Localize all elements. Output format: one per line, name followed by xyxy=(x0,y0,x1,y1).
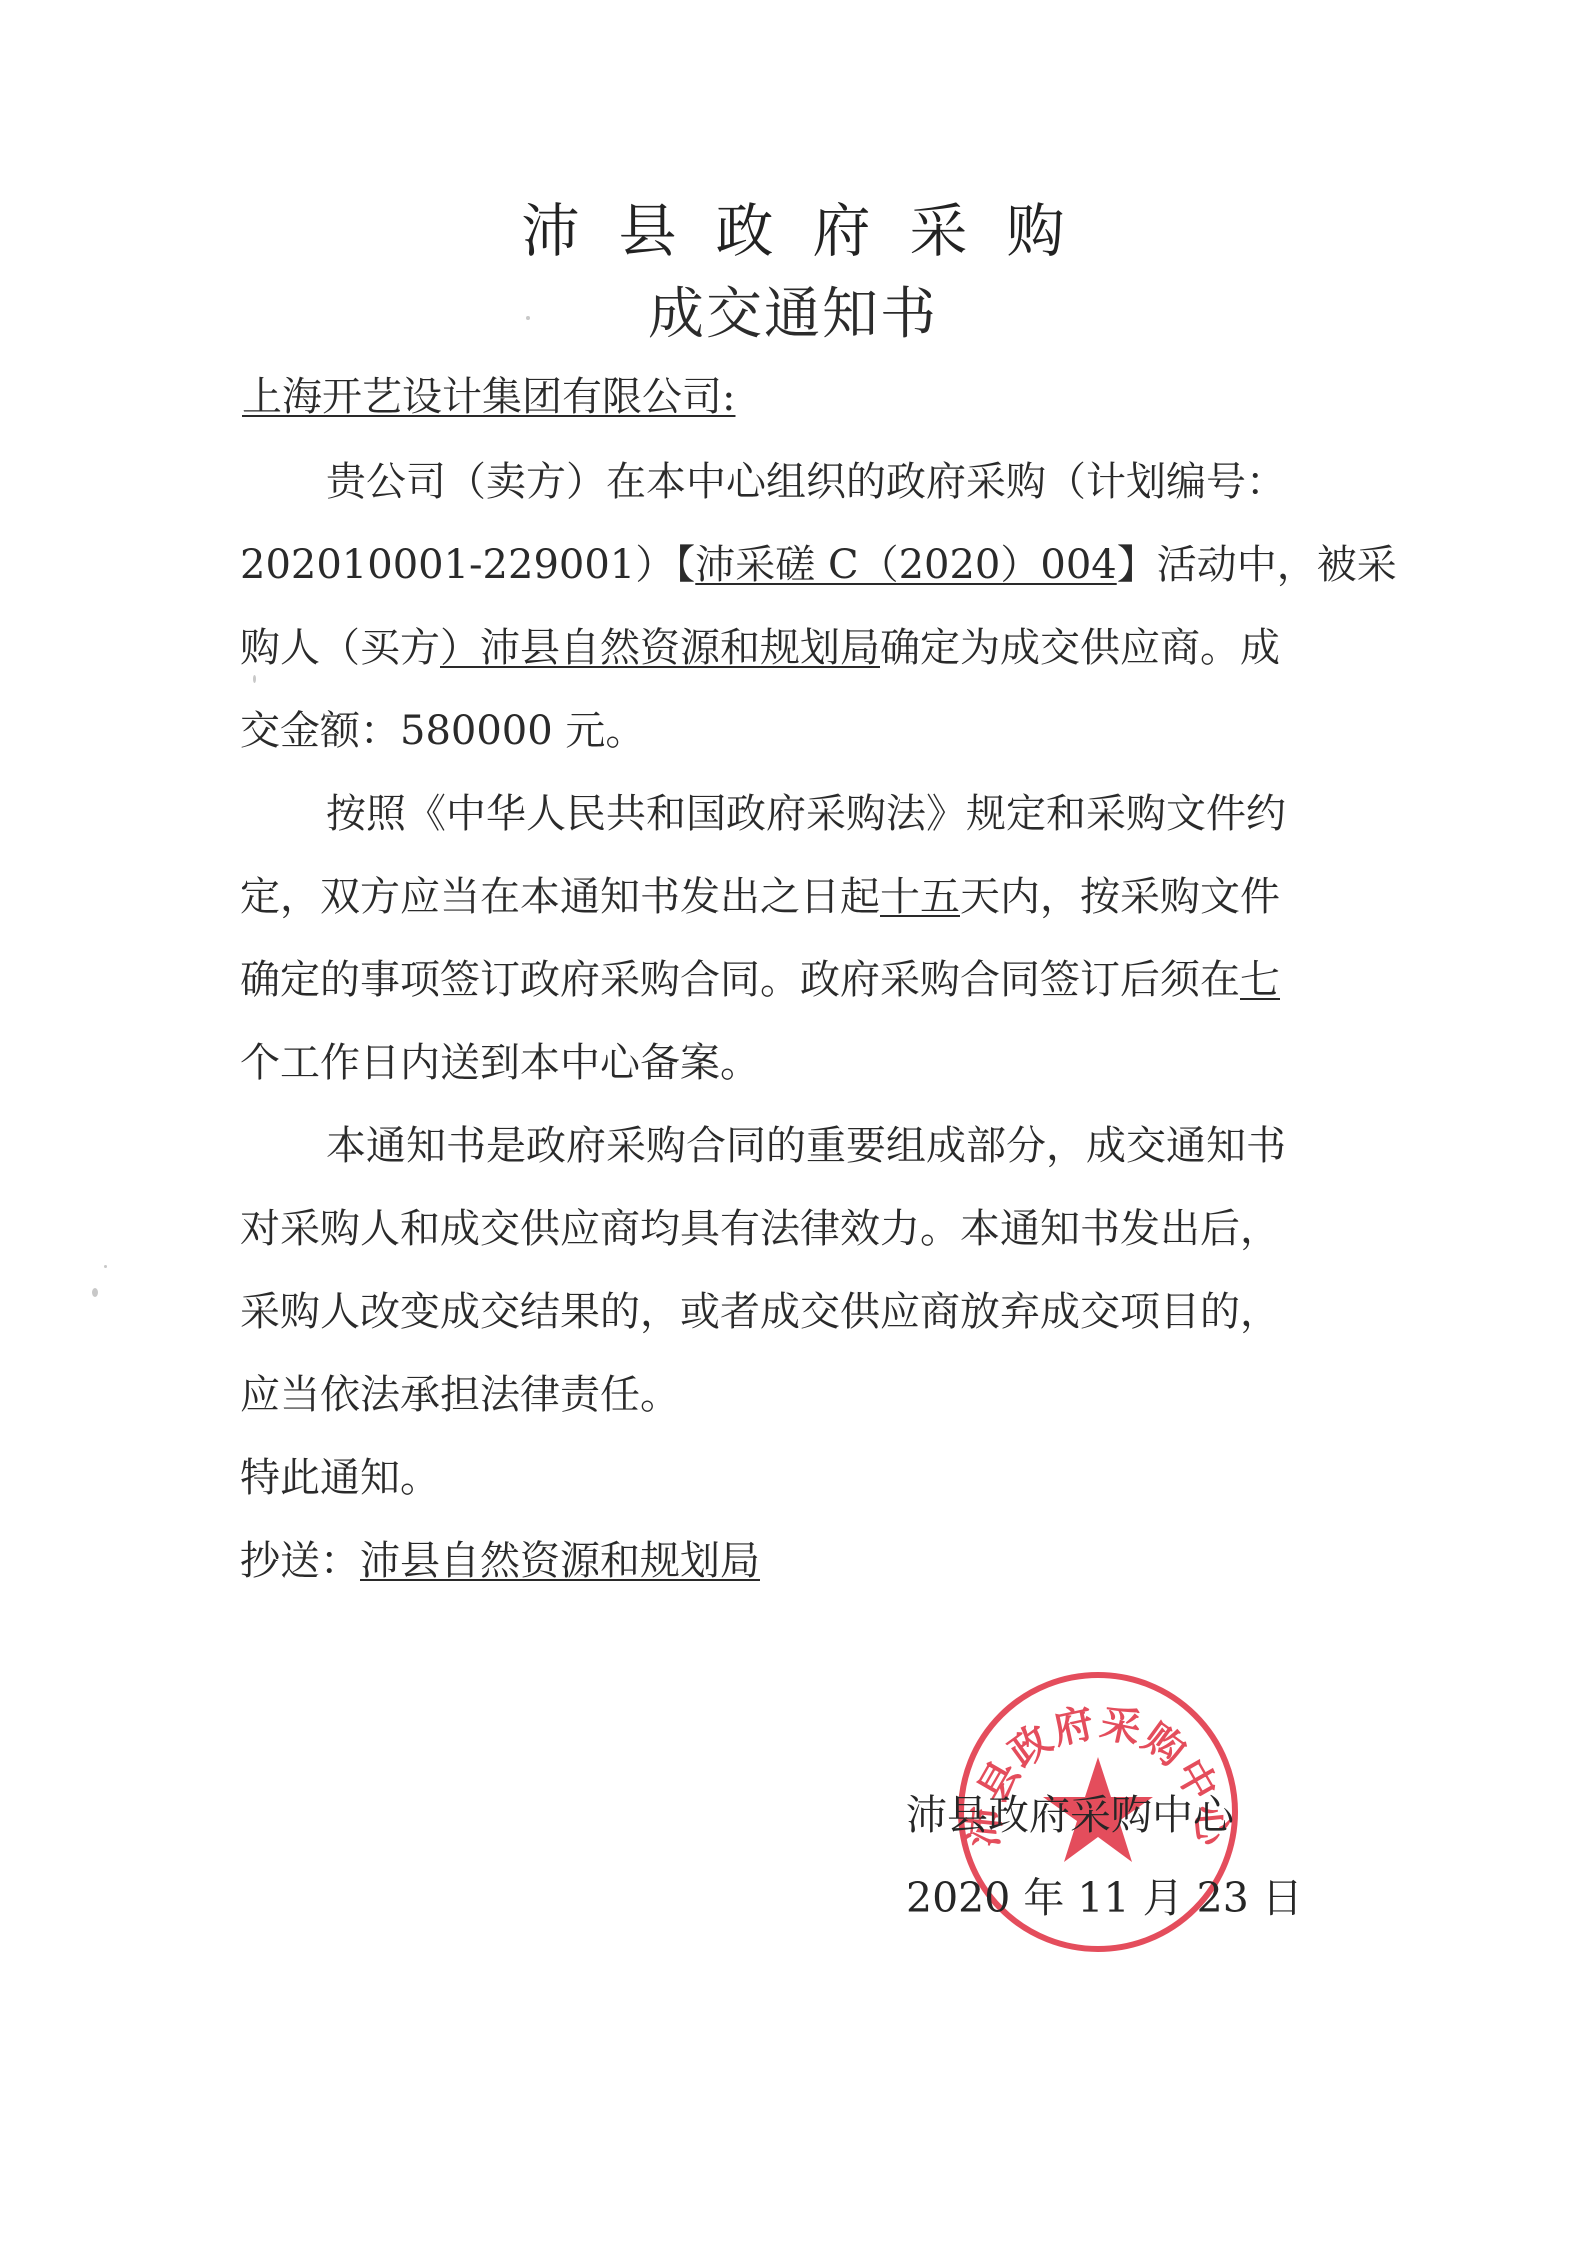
para3-line3: 采购人改变成交结果的，或者成交供应商放弃成交项目的， xyxy=(240,1289,1280,1335)
para1-line1: 贵公司（卖方）在本中心组织的政府采购（计划编号： xyxy=(326,459,1286,505)
scan-speck xyxy=(253,675,256,683)
para2-line2-tail: 天内，按采购文件 xyxy=(960,874,1280,920)
cc-value: 沛县自然资源和规划局 xyxy=(360,1538,760,1584)
contract-amount: 交金额：580000 元。 xyxy=(240,708,645,754)
buyer-label: 购人（买方 xyxy=(240,625,440,671)
scan-speck xyxy=(104,1265,107,1268)
para2-line3-head: 确定的事项签订政府采购合同。政府采购合同签订后须在 xyxy=(240,957,1240,1003)
closing-text: 特此通知。 xyxy=(240,1455,440,1501)
cc-line: 抄送：沛县自然资源和规划局 xyxy=(240,1538,760,1584)
para1-line2-tail: 】活动中，被采 xyxy=(1117,542,1397,588)
para2-line2: 定，双方应当在本通知书发出之日起十五天内，按采购文件 xyxy=(240,874,1280,920)
recipient-name: 上海开艺设计集团有限公司: xyxy=(242,374,735,420)
para1-line3: 购人（买方）沛县自然资源和规划局确定为成交供应商。成 xyxy=(240,625,1280,671)
scan-speck xyxy=(526,316,530,320)
recipient-line: 上海开艺设计集团有限公司: xyxy=(242,374,735,420)
para3-line4: 应当依法承担法律责任。 xyxy=(240,1372,680,1418)
para1-line2: 202010001-229001）【沛采磋 C（2020）004】活动中，被采 xyxy=(240,542,1397,588)
document-subtitle: 成交通知书 xyxy=(0,282,1586,348)
buyer-name: ）沛县自然资源和规划局 xyxy=(440,625,880,671)
para3-line1: 本通知书是政府采购合同的重要组成部分，成交通知书 xyxy=(326,1123,1286,1169)
plan-number-text: 202010001-229001）【 xyxy=(240,542,695,588)
contract-days: 十五 xyxy=(880,874,960,920)
para2-line1: 按照《中华人民共和国政府采购法》规定和采购文件约 xyxy=(326,791,1286,837)
scan-speck xyxy=(92,1288,98,1297)
para3-line2: 对采购人和成交供应商均具有法律效力。本通知书发出后， xyxy=(240,1206,1280,1252)
filing-days: 七 xyxy=(1240,957,1280,1003)
project-number: 沛采磋 C（2020）004 xyxy=(695,542,1116,588)
para2-line2-head: 定，双方应当在本通知书发出之日起 xyxy=(240,874,880,920)
issuer-name: 沛县政府采购中心 xyxy=(906,1791,1234,1839)
document-title: 沛县政府采购 xyxy=(0,196,1586,266)
para1-line3-tail: 确定为成交供应商。成 xyxy=(880,625,1280,671)
issue-date: 2020 年 11 月 23 日 xyxy=(906,1874,1303,1922)
para2-line3: 确定的事项签订政府采购合同。政府采购合同签订后须在七 xyxy=(240,957,1280,1003)
cc-label: 抄送： xyxy=(240,1538,360,1584)
para2-line4: 个工作日内送到本中心备案。 xyxy=(240,1040,760,1086)
document-page: 沛县政府采购 成交通知书 上海开艺设计集团有限公司: 贵公司（卖方）在本中心组织… xyxy=(0,0,1586,2244)
